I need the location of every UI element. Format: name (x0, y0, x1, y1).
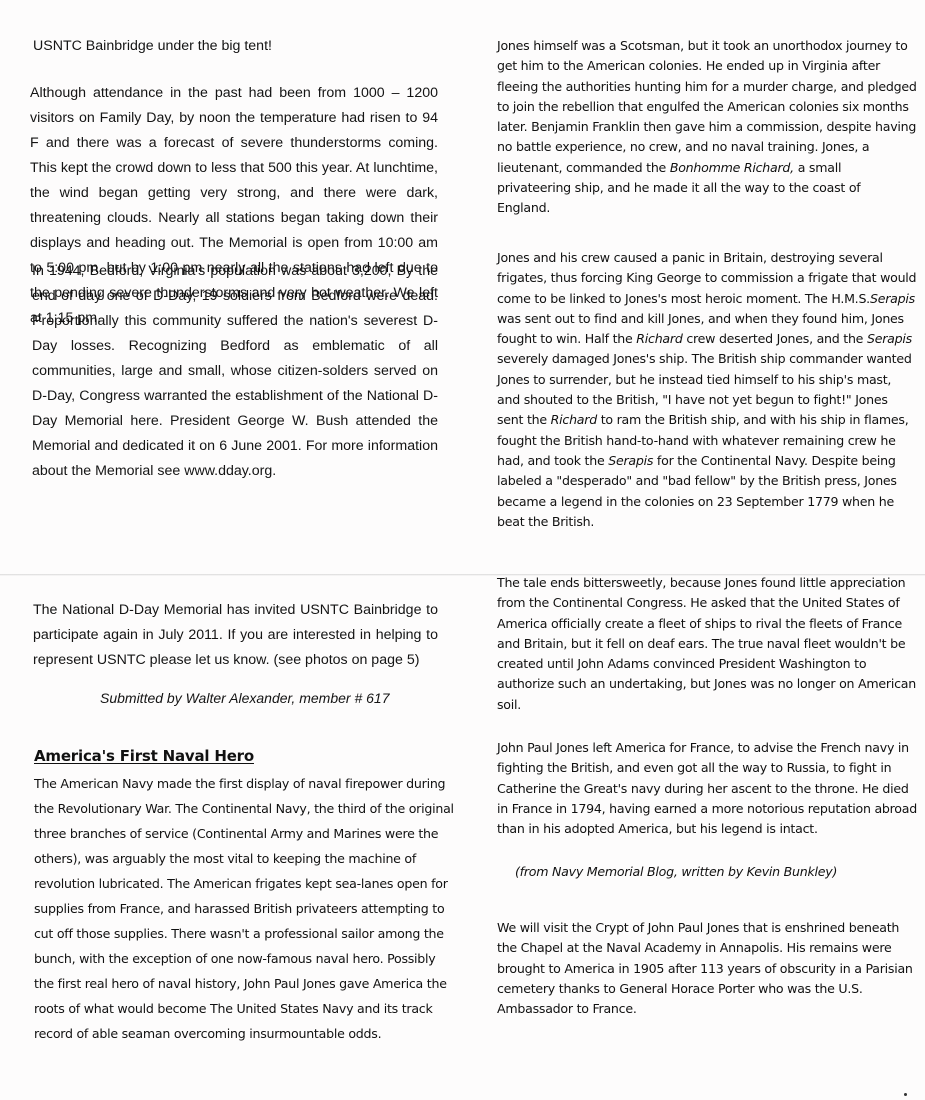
bedford-paragraph: In 1944, Bedford, Virginia's population … (32, 259, 438, 484)
scan-speck (904, 1093, 907, 1096)
source-attribution: (from Navy Memorial Blog, written by Kev… (515, 862, 915, 882)
ship-name-italic: Richard (636, 331, 682, 346)
text-span: Jones himself was a Scotsman, but it too… (497, 38, 917, 175)
invitation-paragraph: The National D-Day Memorial has invited … (33, 598, 438, 673)
text-span: Jones and his crew caused a panic in Bri… (497, 250, 916, 306)
ship-name-italic: Richard (551, 412, 597, 427)
ship-name-italic: Serapis (608, 453, 653, 468)
article-intro-paragraph: The American Navy made the first display… (34, 771, 454, 1046)
ship-name-italic: Serapis (870, 291, 915, 306)
jones-background-paragraph: Jones himself was a Scotsman, but it too… (497, 36, 917, 219)
ship-name-italic: Bonhomme Richard, (670, 160, 794, 175)
submitted-by-signature: Submitted by Walter Alexander, member # … (100, 686, 440, 711)
serapis-battle-paragraph: Jones and his crew caused a panic in Bri… (497, 248, 917, 532)
intro-line: USNTC Bainbridge under the big tent! (33, 34, 433, 59)
crypt-visit-paragraph: We will visit the Crypt of John Paul Jon… (497, 918, 917, 1019)
ship-name-italic: Serapis (867, 331, 912, 346)
text-span: crew deserted Jones, and the (683, 331, 867, 346)
article-title: America's First Naval Hero (34, 747, 254, 765)
bittersweet-paragraph: The tale ends bittersweetly, because Jon… (497, 573, 917, 715)
later-life-paragraph: John Paul Jones left America for France,… (497, 738, 917, 839)
